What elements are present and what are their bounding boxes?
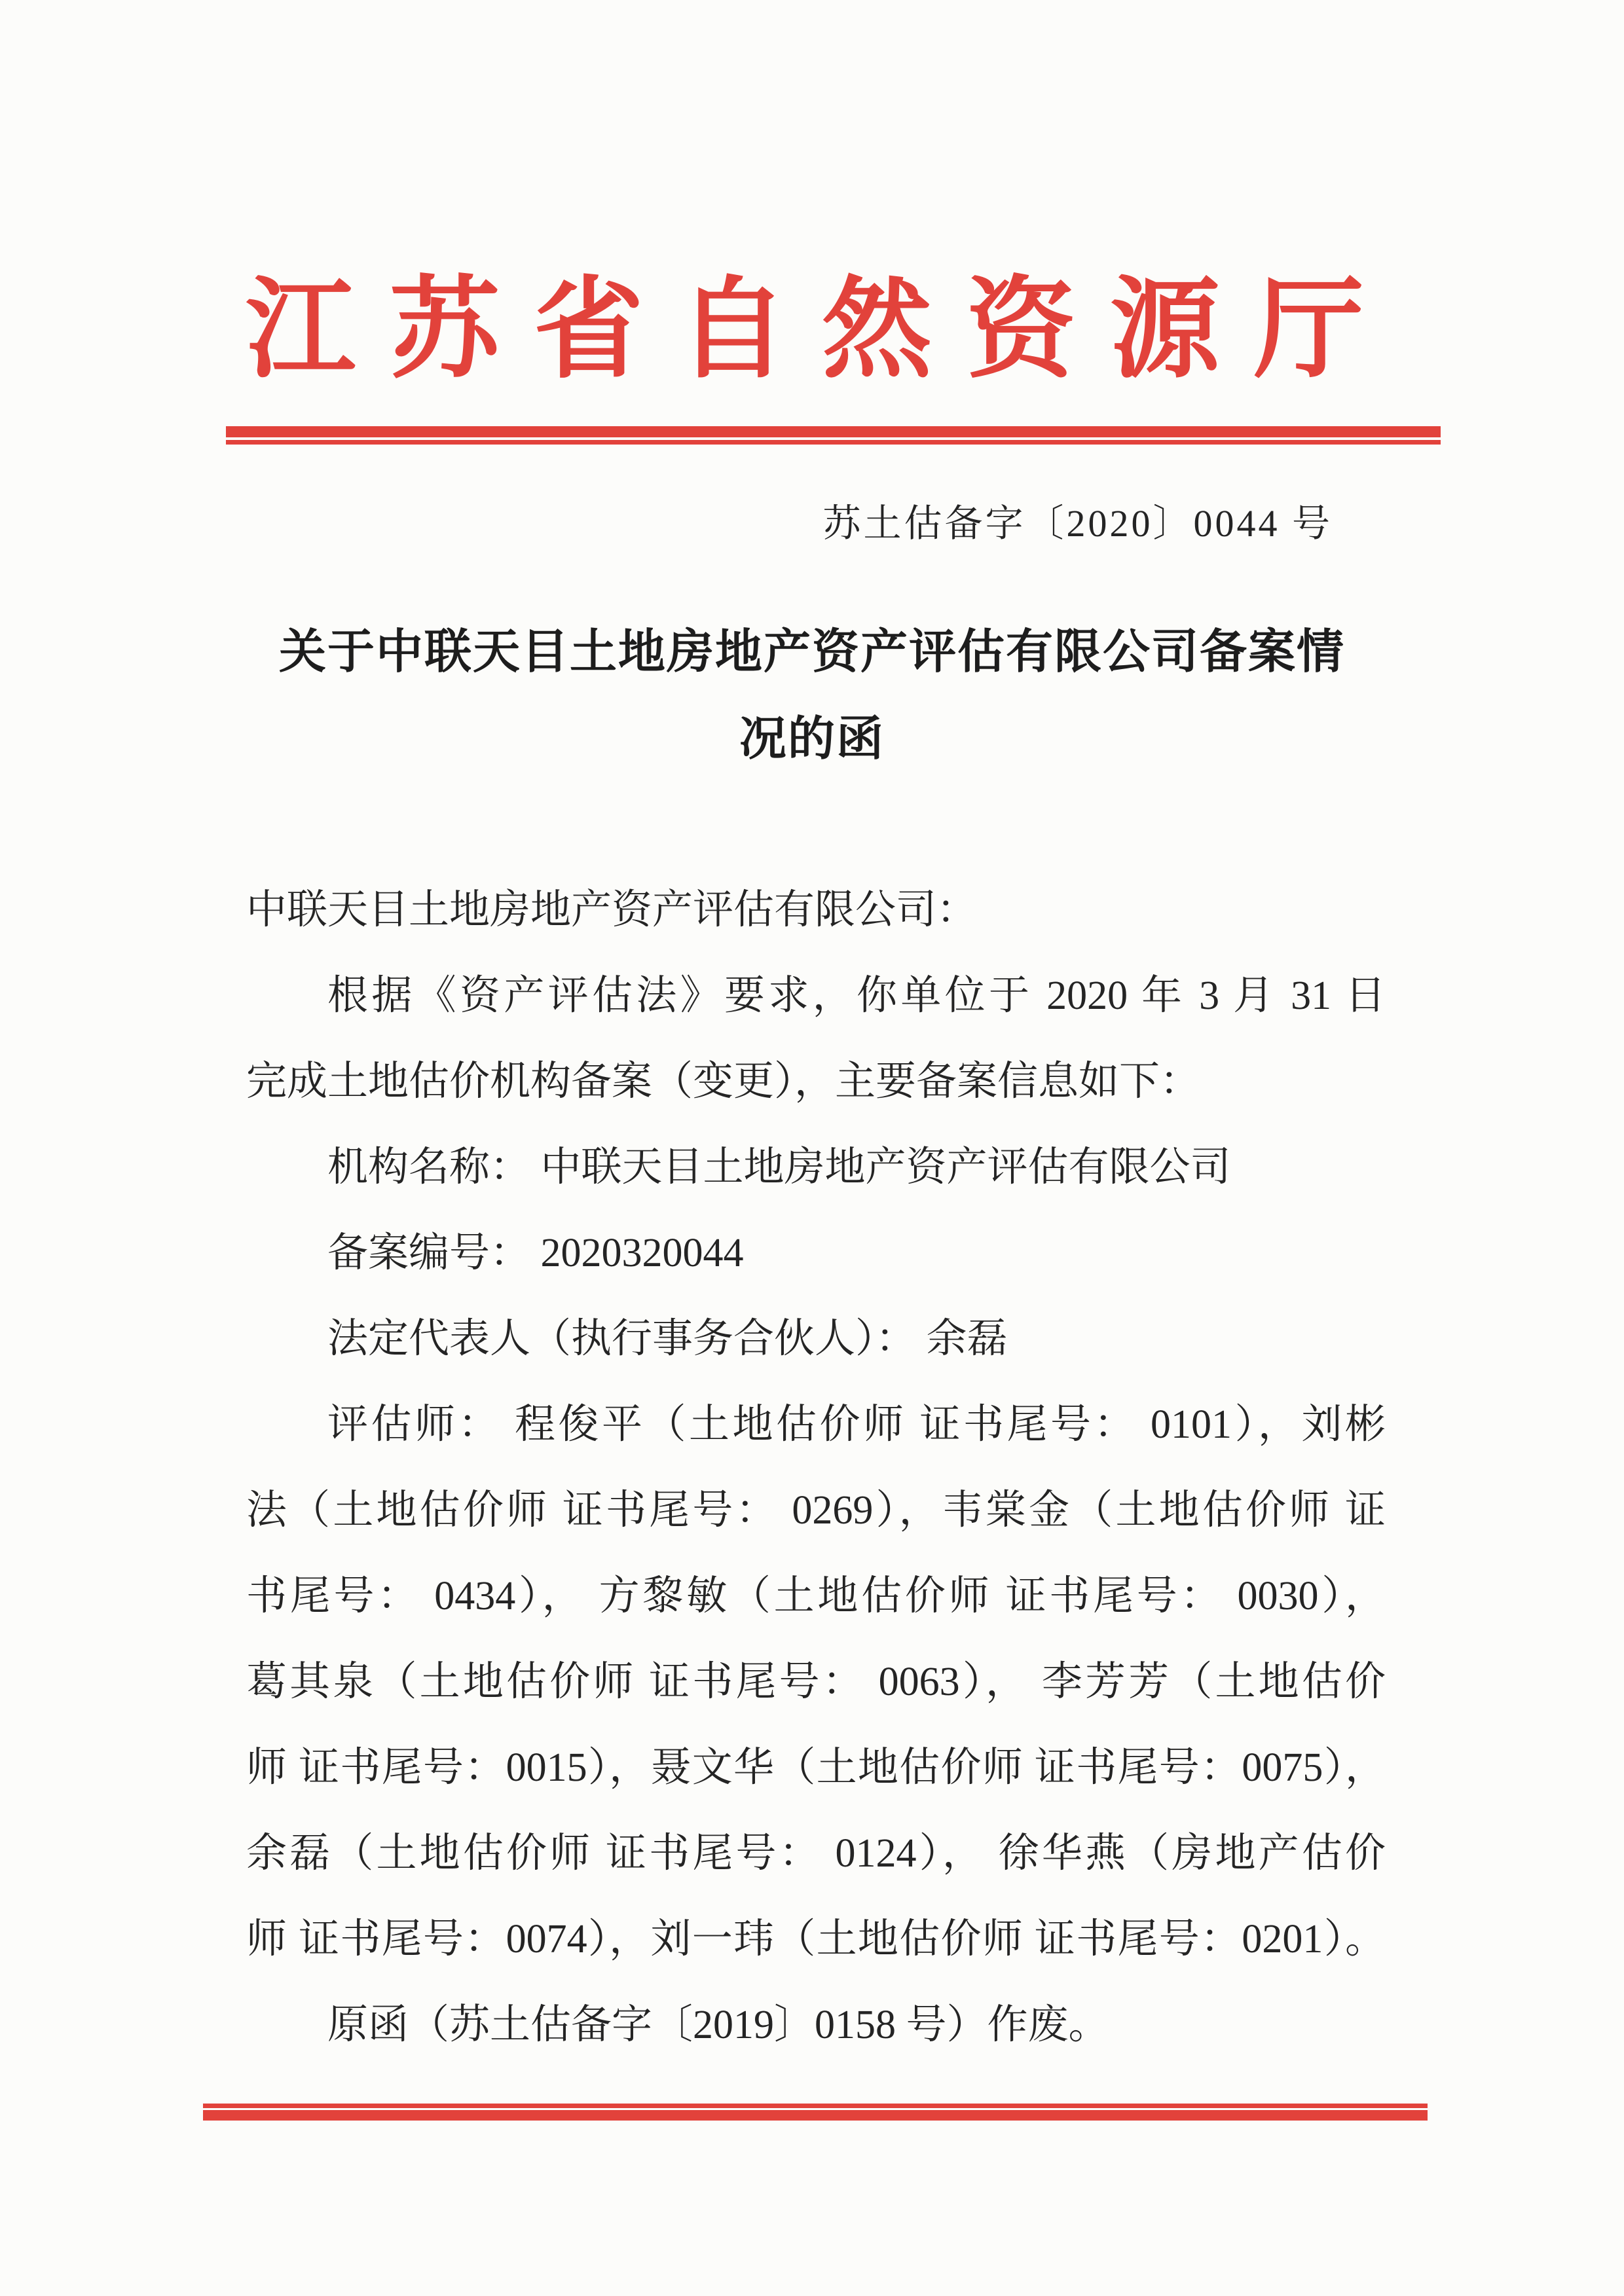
body-line: 评估师： 程俊平（土地估价师 证书尾号： 0101），刘彬 [246, 1382, 1386, 1468]
doc-number: 苏土估备字〔2020〕0044 号 [822, 501, 1333, 547]
header-rule-thick [226, 426, 1441, 437]
agency-title: 江苏省自然资源厅 [0, 262, 1624, 399]
doc-title: 关于中联天目土地房地产资产评估有限公司备案情 况的函 [0, 609, 1624, 783]
header-rule-thin [226, 440, 1441, 445]
footer-rule-thin [203, 2104, 1428, 2108]
body-line: 中联天目土地房地产资产评估有限公司： [246, 867, 1386, 953]
body-line: 机构名称： 中联天目土地房地产资产评估有限公司 [246, 1125, 1386, 1211]
document-page: 江苏省自然资源厅 苏土估备字〔2020〕0044 号 关于中联天目土地房地产资产… [0, 0, 1624, 2296]
body-line: 原函（苏土估备字〔2019〕0158 号）作废。 [246, 1982, 1386, 2068]
body-line: 法定代表人（执行事务合伙人）： 余磊 [246, 1296, 1386, 1382]
footer-rule-thick [203, 2110, 1428, 2121]
body-line: 葛其泉（土地估价师 证书尾号： 0063）， 李芳芳（土地估价 [246, 1639, 1386, 1725]
body-line: 师 证书尾号：0074），刘一玮（土地估价师 证书尾号：0201）。 [246, 1897, 1386, 1982]
body-line: 书尾号： 0434）， 方黎敏（土地估价师 证书尾号： 0030）， [246, 1554, 1386, 1639]
body-line: 师 证书尾号：0015），聂文华（土地估价师 证书尾号：0075）， [246, 1725, 1386, 1811]
body-line: 备案编号： 2020320044 [246, 1211, 1386, 1296]
body-line: 余磊（土地估价师 证书尾号： 0124）， 徐华燕（房地产估价 [246, 1811, 1386, 1897]
body-line: 法（土地估价师 证书尾号： 0269），韦棠金（土地估价师 证 [246, 1468, 1386, 1554]
doc-title-line-2: 况的函 [0, 696, 1624, 783]
body-line: 完成土地估价机构备案（变更），主要备案信息如下： [246, 1039, 1386, 1125]
doc-title-line-1: 关于中联天目土地房地产资产评估有限公司备案情 [0, 609, 1624, 696]
body-line: 根据《资产评估法》要求，你单位于 2020 年 3 月 31 日 [246, 953, 1386, 1039]
body-text: 中联天目土地房地产资产评估有限公司：根据《资产评估法》要求，你单位于 2020 … [246, 867, 1386, 2068]
